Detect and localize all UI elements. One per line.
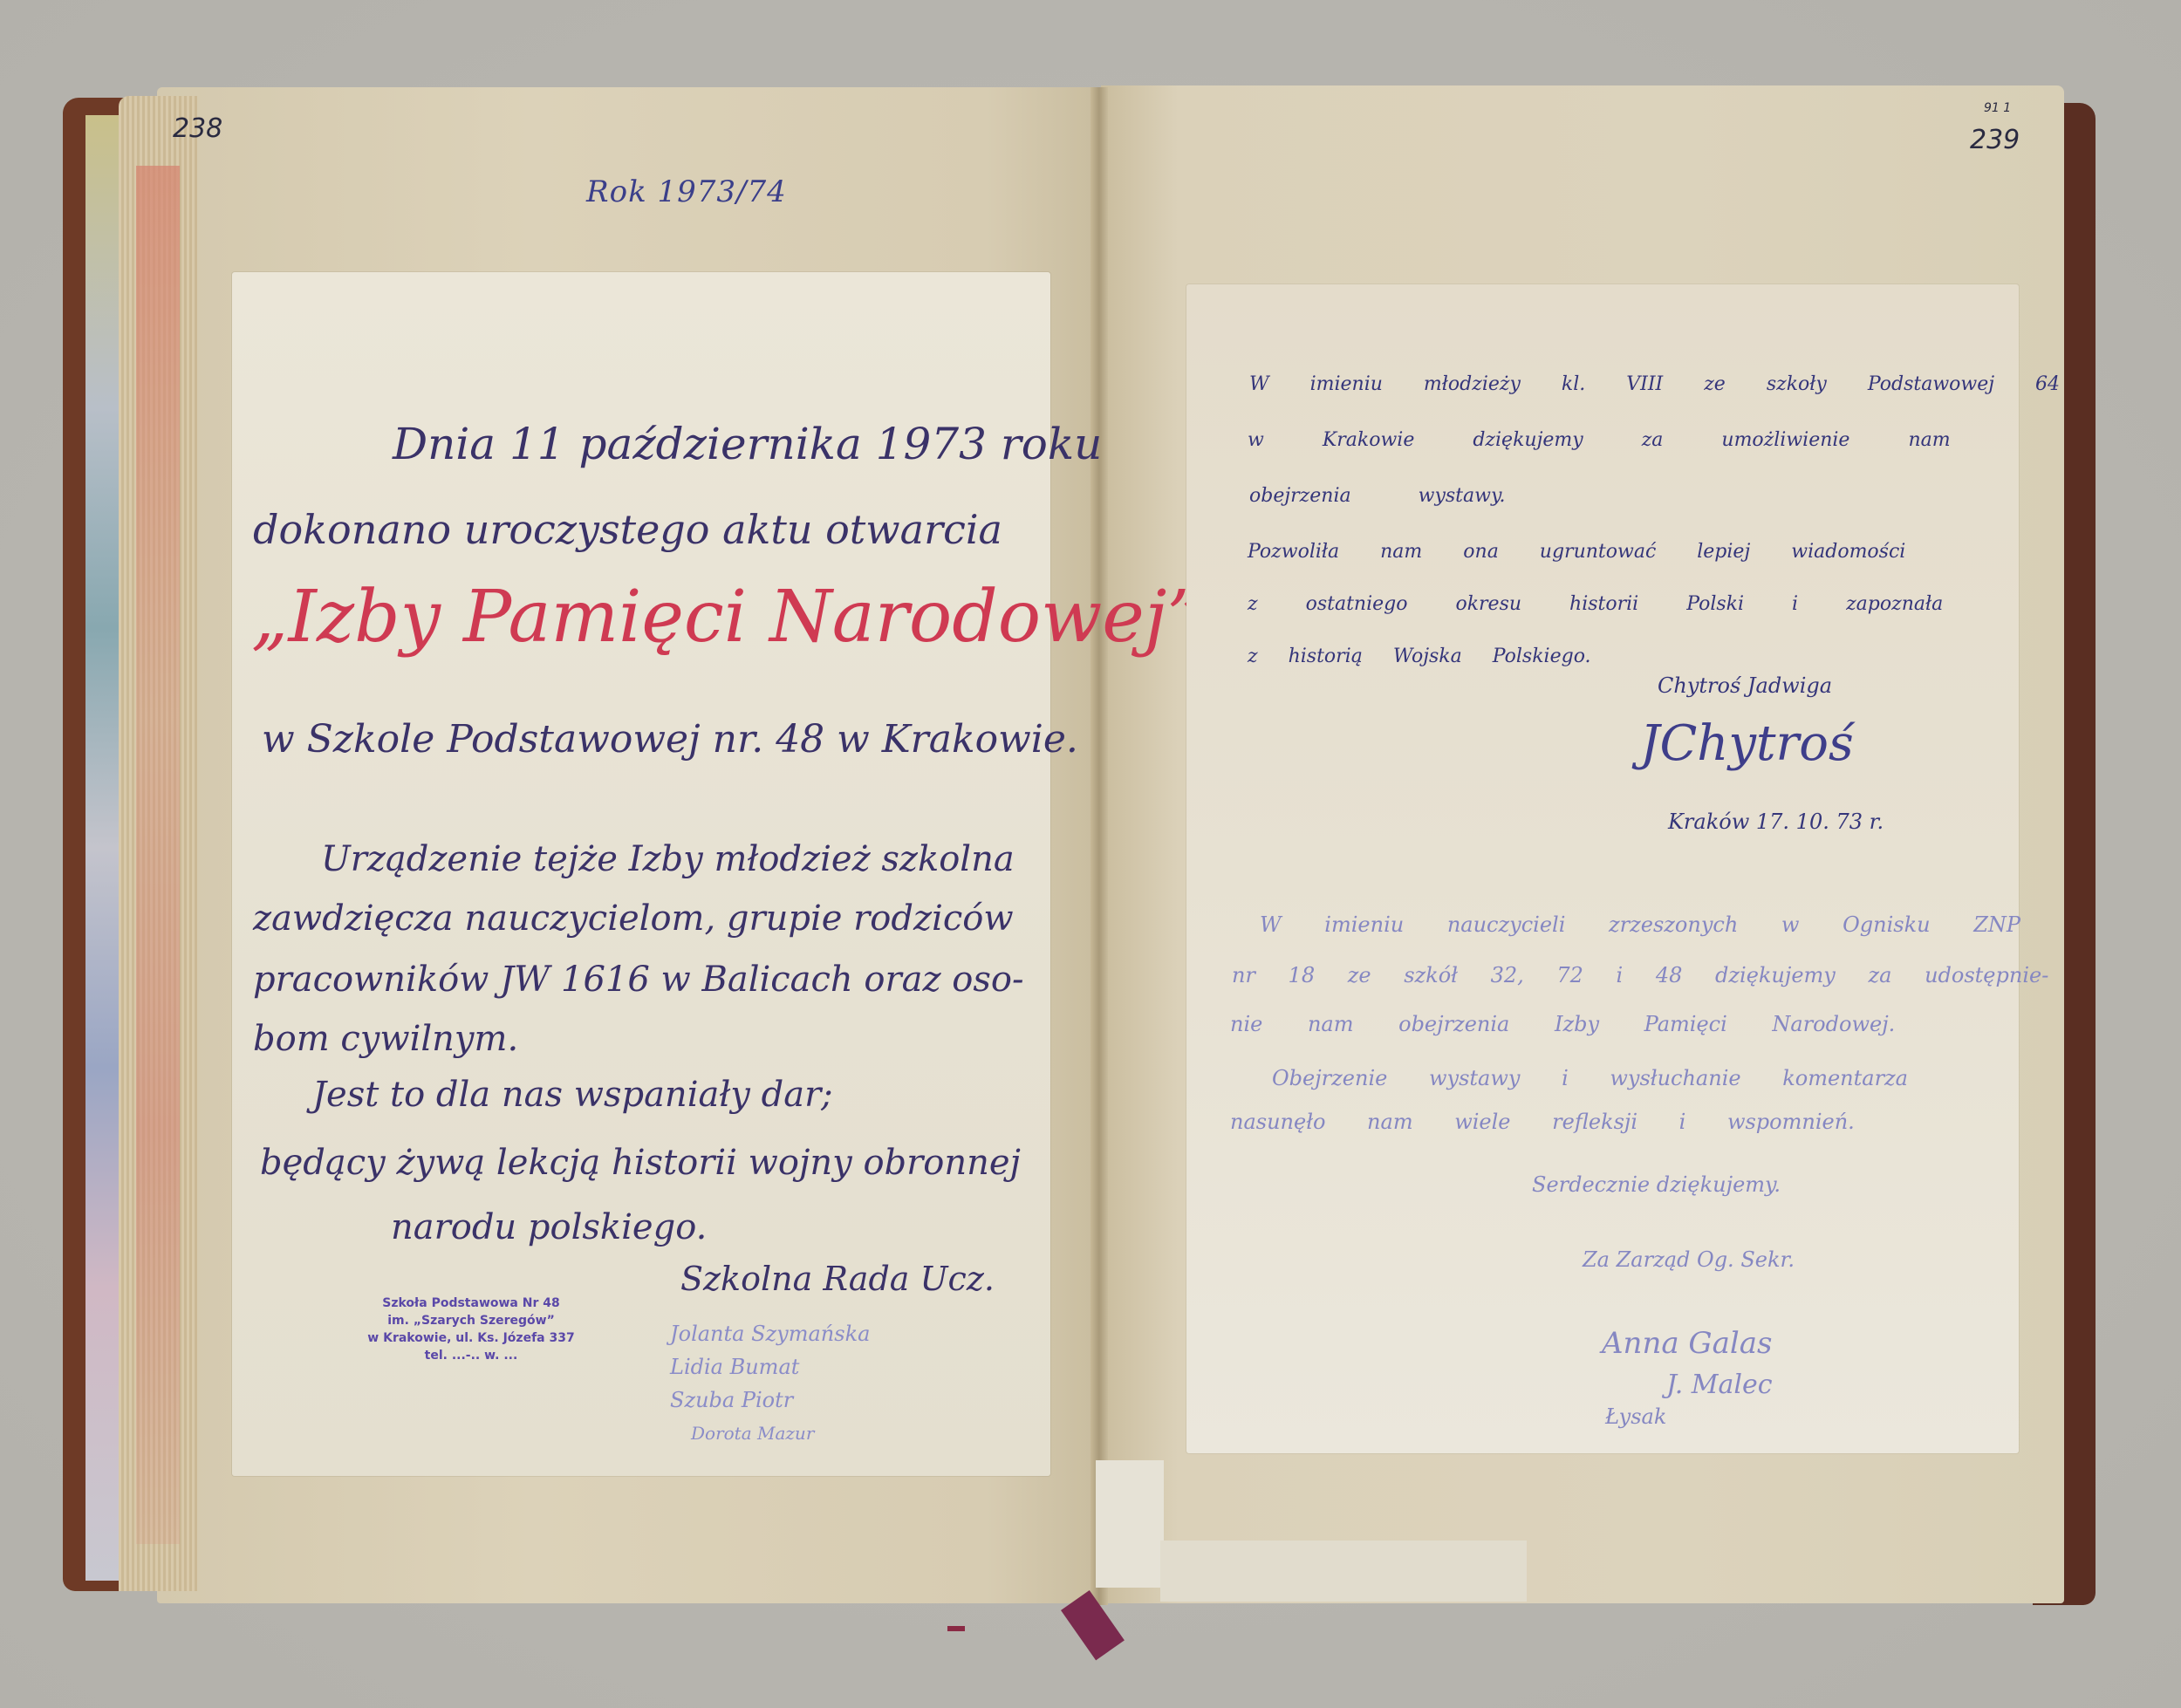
body-line: Jest to dla nas wspaniały dar; [312,1075,833,1115]
signature: Jolanta Szymańska [670,1317,870,1350]
page-number-right: 239 [1970,125,2020,155]
entry1-line: obejrzenia wystawy. [1249,485,1505,507]
student-signatures: Jolanta Szymańska Lidia Bumat Szuba Piot… [670,1317,870,1450]
entry1-date: Kraków 17. 10. 73 r. [1668,810,1884,834]
entry2-signature: Łysak [1605,1404,1666,1429]
paper-patch [1096,1460,1164,1588]
entry2-closing: Za Zarząd Og. Sekr. [1583,1247,1795,1272]
body-line: bom cywilnym. [253,1019,518,1059]
stamp-line: w Krakowie, ul. Ks. Józefa 337 [366,1329,576,1347]
body-line: zawdzięcza nauczycielom, grupie rodziców [253,898,1014,939]
heading-date-line: Dnia 11 października 1973 roku [393,419,1102,469]
body-line: będący żywą lekcją historii wojny obronn… [260,1143,1021,1183]
book-gutter [1090,87,1108,1605]
body-line: pracowników JW 1616 w Balicach oraz oso- [253,960,1023,1000]
entry1-name: Chytroś Jadwiga [1658,673,1832,698]
bookmark-ribbon-tail [947,1626,965,1631]
body-line: narodu polskiego. [391,1207,707,1247]
entry2-line: W imieniu nauczycieli zrzeszonych w Ogni… [1260,912,2020,937]
entry1-line: w Krakowie dziękujemy za umożliwienie na… [1248,429,1951,451]
entry2-line: nr 18 ze szkół 32, 72 i 48 dziękujemy za… [1232,963,2048,987]
entry1-line: z ostatniego okresu historii Polski i za… [1248,593,1943,615]
pasted-sheet-right [1186,284,2019,1453]
entry2-line: Obejrzenie wystawy i wysłuchanie komenta… [1272,1066,1908,1090]
entry2-line: nasunęło nam wiele refleksji i wspomnień… [1230,1110,1855,1134]
heading-act-line: dokonano uroczystego aktu otwarcia [253,506,1002,553]
entry1-line: z historią Wojska Polskiego. [1248,646,1591,667]
signature: Szuba Piotr [670,1383,870,1417]
school-stamp: Szkoła Podstawowa Nr 48 im. „Szarych Sze… [366,1295,576,1364]
red-edge-stain [136,166,180,1544]
page-stack-edge [119,96,197,1591]
entry2-signature: Anna Galas [1602,1326,1772,1361]
school-line: w Szkole Podstawowej nr. 48 w Krakowie. [262,717,1078,762]
year-note: Rok 1973/74 [586,174,787,209]
page-number-small: 91 1 [1984,101,2011,115]
entry1-line: Pozwoliła nam ona ugruntować lepiej wiad… [1248,541,1905,563]
signatory-council: Szkolna Rada Ucz. [680,1260,995,1298]
entry1-line: W imieniu młodzieży kl. VIII ze szkoły P… [1249,373,2060,395]
document-title: „Izby Pamięci Narodowej” [251,576,1203,659]
entry2-signature: J. Malec [1666,1370,1773,1400]
signature: Lidia Bumat [670,1350,870,1383]
signature: Dorota Mazur [670,1417,870,1450]
paper-patch [1160,1541,1527,1602]
stamp-line: im. „Szarych Szeregów” [366,1312,576,1329]
entry2-line: nie nam obejrzenia Izby Pamięci Narodowe… [1230,1012,1895,1036]
stamp-line: Szkoła Podstawowa Nr 48 [366,1295,576,1312]
page-number-left: 238 [173,113,222,144]
stamp-line: tel. ...-.. w. ... [366,1347,576,1364]
entry2-thanks: Serdecznie dziękujemy. [1532,1172,1781,1197]
entry1-signature: JChytroś [1640,715,1854,772]
body-line: Urządzenie tejże Izby młodzież szkolna [321,839,1015,879]
